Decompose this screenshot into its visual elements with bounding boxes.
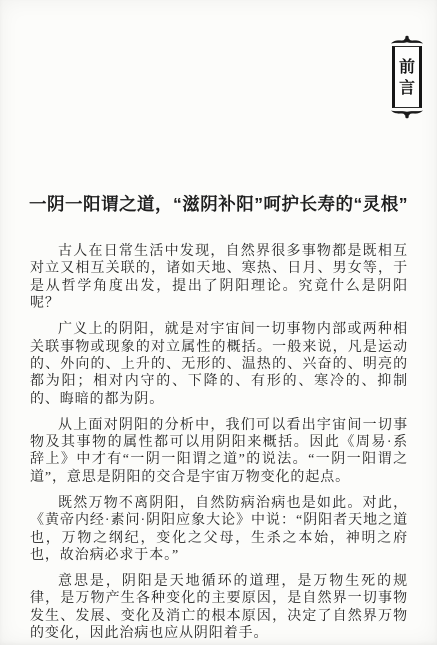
tab-bottom-ornament-icon — [390, 109, 424, 119]
tab-top-ornament-icon — [390, 35, 424, 45]
preface-tab-frame: 前 言 — [392, 46, 422, 108]
body-text: 古人在日常生活中发现，自然界很多事物都是既相互对立又相互关联的，诸如天地、寒热、… — [30, 243, 408, 643]
paragraph: 意思是，阴阳是天地循环的道理，是万物生死的规律，是万物产生各种变化的主要原因，是… — [30, 573, 408, 643]
book-page: 前 言 一阴一阳谓之道，“滋阴补阳”呵护长寿的“灵根” 古人在日常生活中发现，自… — [0, 0, 437, 645]
preface-tab-label-char: 言 — [399, 78, 415, 99]
paragraph: 广义上的阴阳，就是对宇宙间一切事物内部或两种相关联事物或现象的对立属性的概括。一… — [30, 321, 408, 408]
paragraph: 从上面对阴阳的分析中，我们可以看出宇宙间一切事物及其事物的属性都可以用阴阳来概括… — [30, 417, 408, 487]
paragraph: 古人在日常生活中发现，自然界很多事物都是既相互对立又相互关联的，诸如天地、寒热、… — [30, 243, 408, 313]
chapter-heading: 一阴一阳谓之道，“滋阴补阳”呵护长寿的“灵根” — [16, 0, 421, 216]
preface-tab: 前 言 — [390, 35, 424, 119]
paragraph: 既然万物不离阴阳，自然防病治病也是如此。对此，《黄帝内经·素问·阴阳应象大论》中… — [30, 495, 408, 565]
preface-tab-label-char: 前 — [399, 57, 415, 78]
